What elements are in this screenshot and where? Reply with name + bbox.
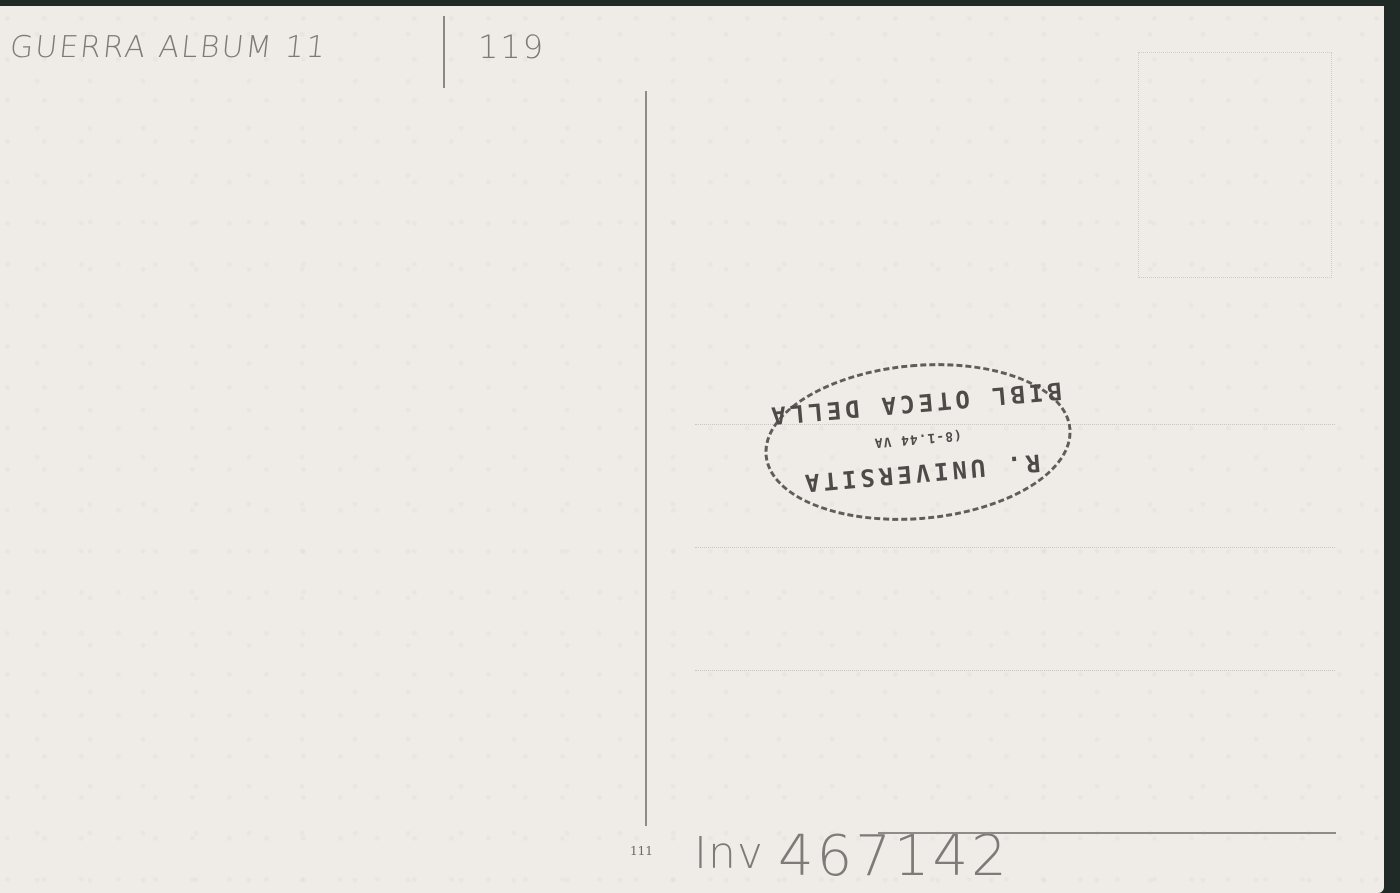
bottom-rule-line [878,832,1336,834]
address-line-2 [695,547,1335,548]
handwritten-album-note: GUERRA ALBUM 11 [8,30,329,65]
postage-stamp-box [1138,52,1332,278]
handwritten-number: 119 [478,28,545,66]
library-stamp: R. UNIVERSITA (8-1.44 VA BIBL OTECA DELL… [758,351,1078,533]
printer-mark: 111 [630,844,653,858]
handwritten-divider [443,16,445,88]
postcard-back: GUERRA ALBUM 11 119 R. UNIVERSITA (8-1.4… [0,6,1384,893]
address-line-3 [695,670,1335,671]
inventory-prefix: Inv [694,828,764,879]
center-divider-line [645,91,647,826]
